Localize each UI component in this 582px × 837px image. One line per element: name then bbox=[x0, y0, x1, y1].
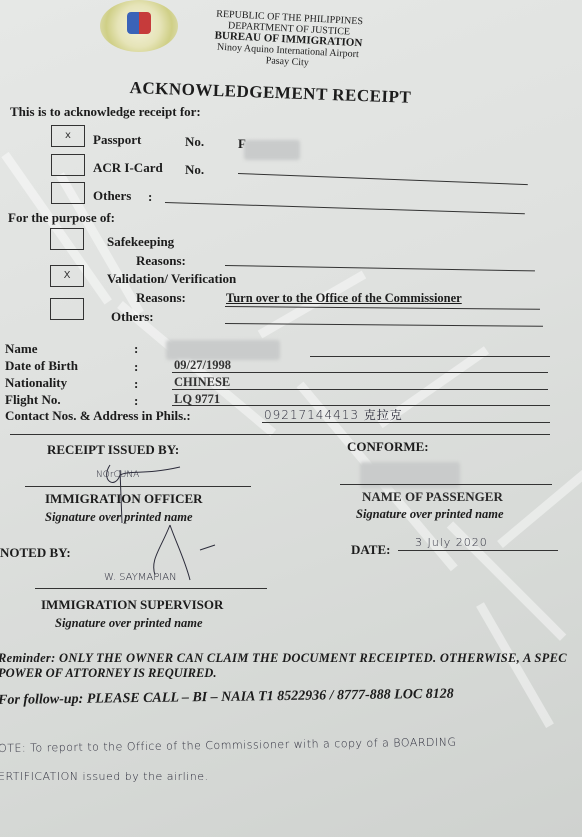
acr-icard-checkbox[interactable] bbox=[51, 154, 85, 176]
acr-no-label: No. bbox=[185, 162, 204, 178]
officer-signature-line bbox=[25, 486, 251, 487]
date-value: 3 July 2020 bbox=[415, 536, 488, 549]
redacted-name bbox=[166, 340, 280, 360]
flight-colon: : bbox=[134, 393, 138, 409]
others-colon: : bbox=[148, 189, 152, 205]
contact-value: 09217144413 克拉克 bbox=[264, 406, 403, 423]
passenger-signature-line bbox=[340, 484, 552, 485]
supervisor-signature-line bbox=[35, 588, 267, 589]
purpose-intro: For the purpose of: bbox=[8, 210, 115, 226]
validation-reasons-value: Turn over to the Office of the Commissio… bbox=[226, 291, 462, 306]
followup-text: For follow-up: PLEASE CALL – BI – NAIA T… bbox=[0, 687, 454, 709]
nationality-value: CHINESE bbox=[174, 375, 230, 390]
others-checkbox[interactable] bbox=[51, 182, 85, 204]
dob-label: Date of Birth bbox=[5, 358, 78, 374]
validation-label: Validation/ Verification bbox=[107, 271, 236, 287]
bureau-seal-icon bbox=[100, 0, 178, 52]
nationality-colon: : bbox=[134, 376, 138, 392]
receipt-intro: This is to acknowledge receipt for: bbox=[10, 104, 201, 120]
validation-reasons-label: Reasons: bbox=[136, 290, 186, 306]
dob-colon: : bbox=[134, 359, 138, 375]
name-label: Name bbox=[5, 341, 38, 357]
date-line bbox=[398, 550, 558, 551]
name-line bbox=[310, 356, 550, 357]
agency-header: REPUBLIC OF THE PHILIPPINES DEPARTMENT O… bbox=[202, 8, 375, 72]
others-line bbox=[165, 202, 525, 214]
safekeeping-label: Safekeeping bbox=[107, 234, 174, 250]
nationality-line bbox=[172, 389, 548, 390]
reminder-text: ONLY THE OWNER CAN CLAIM THE DOCUMENT RE… bbox=[59, 651, 567, 665]
safekeeping-reasons-line bbox=[225, 265, 535, 271]
dob-line bbox=[172, 372, 548, 373]
contact-line bbox=[262, 422, 550, 423]
handwritten-note-line-1: OTE: To report to the Office of the Comm… bbox=[0, 736, 457, 755]
contact-label: Contact Nos. & Address in Phils.: bbox=[5, 408, 191, 424]
safekeeping-reasons-label: Reasons: bbox=[136, 253, 186, 269]
contact-line-2 bbox=[10, 434, 550, 435]
passenger-title: NAME OF PASSENGER bbox=[362, 489, 503, 505]
supervisor-signature: W. SAYMAPIAN bbox=[104, 572, 177, 583]
passenger-caption: Signature over printed name bbox=[356, 507, 504, 522]
redacted-passport-number bbox=[244, 140, 300, 160]
reminder-line-1: Reminder: ONLY THE OWNER CAN CLAIM THE D… bbox=[0, 651, 567, 666]
safekeeping-checkbox[interactable] bbox=[50, 228, 84, 250]
passport-no-label: No. bbox=[185, 134, 204, 150]
acr-no-line bbox=[238, 173, 528, 185]
supervisor-title: IMMIGRATION SUPERVISOR bbox=[41, 597, 223, 613]
reminder-label: Reminder: bbox=[0, 651, 56, 665]
officer-title: IMMIGRATION OFFICER bbox=[45, 491, 203, 507]
purpose-others-checkbox[interactable] bbox=[50, 298, 84, 320]
dob-value: 09/27/1998 bbox=[174, 358, 231, 373]
date-label: DATE: bbox=[351, 542, 390, 558]
nationality-label: Nationality bbox=[5, 375, 67, 391]
handwritten-note-line-2: ERTIFICATION issued by the airline. bbox=[0, 770, 208, 783]
acr-icard-label: ACR I-Card bbox=[93, 160, 163, 176]
name-colon: : bbox=[134, 341, 138, 357]
supervisor-caption: Signature over printed name bbox=[55, 616, 203, 631]
reminder-line-2: POWER OF ATTORNEY IS REQUIRED. bbox=[0, 666, 216, 681]
flight-label: Flight No. bbox=[5, 392, 61, 408]
passport-label: Passport bbox=[93, 132, 141, 148]
noted-by-label: NOTED BY: bbox=[0, 545, 71, 561]
others-label: Others bbox=[93, 188, 131, 204]
purpose-others-label: Others: bbox=[111, 309, 154, 325]
passport-checkbox[interactable]: x bbox=[51, 125, 85, 147]
validation-reasons-line bbox=[225, 306, 540, 310]
conforme-label: CONFORME: bbox=[347, 439, 429, 455]
validation-checkbox[interactable]: X bbox=[50, 265, 84, 287]
